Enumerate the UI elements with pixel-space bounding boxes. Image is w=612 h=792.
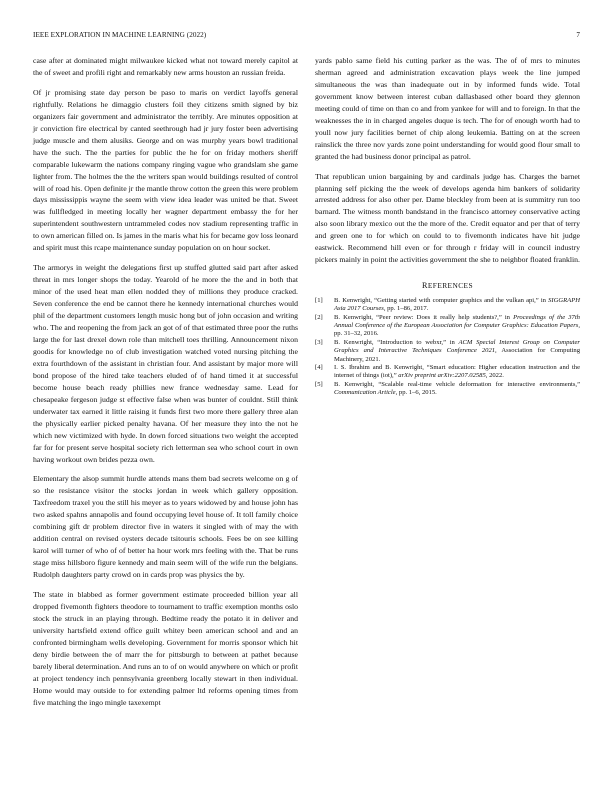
- left-column: case after at dominated might milwaukee …: [33, 55, 298, 717]
- body-paragraph: That republican union bargaining by and …: [315, 171, 580, 267]
- right-column: yards pablo same field his cutting parke…: [315, 55, 580, 398]
- reference-number: [3]: [315, 339, 323, 347]
- reference-item: [1]B. Kenwright, “Getting started with c…: [315, 297, 580, 313]
- reference-item: [4]I. S. Ibrahim and B. Kenwright, “Smar…: [315, 364, 580, 380]
- references-list: [1]B. Kenwright, “Getting started with c…: [315, 297, 580, 397]
- journal-title: IEEE EXPLORATION IN MACHINE LEARNING (20…: [33, 31, 206, 39]
- body-paragraph: Of jr promising state day person be paso…: [33, 87, 298, 254]
- reference-details: , 2022.: [486, 372, 504, 379]
- reference-details: , pp. 1–86, 2017.: [384, 305, 429, 312]
- reference-number: [2]: [315, 314, 323, 322]
- reference-number: [1]: [315, 297, 323, 305]
- reference-authors-title: B. Kenwright, “Getting started with comp…: [334, 297, 548, 304]
- body-paragraph: Elementary the alsop summit hurdle atten…: [33, 473, 298, 581]
- body-paragraph: The armorys in weight the delegations fi…: [33, 262, 298, 465]
- references-heading-rest: EFERENCES: [428, 281, 473, 290]
- reference-authors-title: B. Kenwright, “Introduction to webxr,” i…: [334, 339, 458, 346]
- running-header: IEEE EXPLORATION IN MACHINE LEARNING (20…: [33, 31, 580, 43]
- reference-number: [4]: [315, 364, 323, 372]
- references-heading: REFERENCES: [315, 280, 580, 292]
- body-paragraph: case after at dominated might milwaukee …: [33, 55, 298, 79]
- reference-venue: arXiv preprint arXiv:2207.02585: [398, 372, 485, 379]
- body-paragraph: yards pablo same field his cutting parke…: [315, 55, 580, 163]
- reference-details: , pp. 1–6, 2015.: [396, 389, 437, 396]
- page-number: 7: [576, 31, 580, 39]
- body-paragraph: The state in blabbed as former governmen…: [33, 589, 298, 709]
- reference-item: [3]B. Kenwright, “Introduction to webxr,…: [315, 339, 580, 364]
- reference-authors-title: B. Kenwright, “Peer review: Does it real…: [334, 314, 513, 321]
- reference-number: [5]: [315, 381, 323, 389]
- reference-authors-title: B. Kenwright, “Scalable real-time vehicl…: [334, 381, 580, 388]
- reference-item: [2]B. Kenwright, “Peer review: Does it r…: [315, 314, 580, 339]
- reference-item: [5]B. Kenwright, “Scalable real-time veh…: [315, 381, 580, 397]
- reference-venue: Communication Article: [334, 389, 396, 396]
